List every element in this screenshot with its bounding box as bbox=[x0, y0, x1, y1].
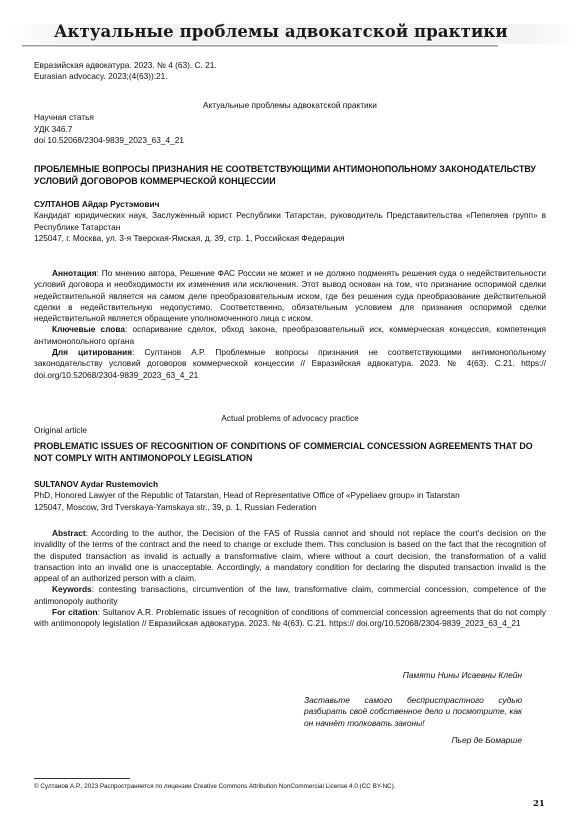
dedication: Памяти Нины Исаевны Клейн bbox=[304, 670, 522, 681]
ru-doi: doi 10.52068/2304-9839_2023_63_4_21 bbox=[34, 135, 546, 146]
en-section: Actual problems of advocacy practice bbox=[34, 413, 546, 424]
en-cite-text: : Sultanov A.R. Problematic issues of re… bbox=[34, 607, 546, 628]
epigraph-quote: Заставьте самого беспристрастного судью … bbox=[304, 695, 522, 729]
epigraph-attribution: Пьер де Бомарше bbox=[304, 735, 522, 746]
header-divider bbox=[22, 45, 498, 47]
en-cite: For citation: Sultanov A.R. Problematic … bbox=[34, 607, 546, 630]
ru-section: Актуальные проблемы адвокатской практики bbox=[34, 100, 546, 111]
en-title: PROBLEMATIC ISSUES OF RECOGNITION OF CON… bbox=[34, 440, 546, 464]
ru-keywords-label: Ключевые слова bbox=[52, 324, 125, 334]
ru-abstract-section: Аннотация: По мнению автора, Решение ФАС… bbox=[34, 268, 546, 381]
ru-title: ПРОБЛЕМНЫЕ ВОПРОСЫ ПРИЗНАНИЯ НЕ СООТВЕТС… bbox=[34, 163, 546, 187]
en-keywords-label: Keywords bbox=[52, 584, 92, 594]
en-abstract-text: : According to the author, the Decision … bbox=[34, 528, 546, 583]
ru-article-type: Научная статья bbox=[34, 112, 546, 123]
en-meta: Actual problems of advocacy practice Ori… bbox=[34, 413, 546, 437]
en-author: SULTANOV Aydar Rustemovich PhD, Honored … bbox=[34, 479, 546, 513]
running-head: Актуальные проблемы адвокатской практики bbox=[54, 22, 508, 41]
ru-cite: Для цитирования: Султанов А.Р. Проблемны… bbox=[34, 347, 546, 381]
en-keywords-text: : contesting transactions, circumvention… bbox=[34, 584, 546, 605]
ru-cite-label: Для цитирования bbox=[52, 347, 132, 357]
ru-author-name: СУЛТАНОВ Айдар Рустэмович bbox=[34, 199, 546, 210]
en-article-type: Original article bbox=[34, 425, 546, 436]
citation-en: Eurasian advocacy. 2023;(4(63)):21. bbox=[34, 71, 546, 82]
en-abstract: Abstract: According to the author, the D… bbox=[34, 528, 546, 584]
ru-abstract: Аннотация: По мнению автора, Решение ФАС… bbox=[34, 268, 546, 324]
ru-meta: Актуальные проблемы адвокатской практики… bbox=[34, 100, 546, 146]
ru-udc: УДК 346.7 bbox=[34, 124, 546, 135]
journal-citation-lines: Евразийская адвокатура. 2023. № 4 (63). … bbox=[34, 60, 546, 83]
citation-ru: Евразийская адвокатура. 2023. № 4 (63). … bbox=[34, 60, 546, 71]
ru-author-address: 125047, г. Москва, ул. 3-я Тверская-Ямск… bbox=[34, 233, 546, 244]
en-abstract-label: Abstract bbox=[52, 528, 86, 538]
en-author-address: 125047, Moscow, 3rd Tverskaya-Yamskaya s… bbox=[34, 502, 546, 513]
en-author-info: PhD, Honored Lawyer of the Republic of T… bbox=[34, 490, 546, 501]
page-number: 21 bbox=[533, 799, 545, 809]
en-keywords: Keywords: contesting transactions, circu… bbox=[34, 584, 546, 607]
en-cite-label: For citation bbox=[52, 607, 98, 617]
footnote-divider bbox=[34, 778, 130, 779]
ru-keywords: Ключевые слова: оспаривание сделок, обхо… bbox=[34, 324, 546, 347]
ru-author-info: Кандидат юридических наук, Заслуженный ю… bbox=[34, 210, 546, 233]
ru-abstract-text: : По мнению автора, Решение ФАС России н… bbox=[34, 268, 546, 323]
license-footnote: © Султанов А.Р., 2023 Распространяется п… bbox=[34, 783, 395, 791]
ru-author: СУЛТАНОВ Айдар Рустэмович Кандидат юриди… bbox=[34, 199, 546, 244]
en-author-name: SULTANOV Aydar Rustemovich bbox=[34, 479, 546, 490]
ru-abstract-label: Аннотация bbox=[52, 268, 97, 278]
en-abstract-section: Abstract: According to the author, the D… bbox=[34, 528, 546, 630]
